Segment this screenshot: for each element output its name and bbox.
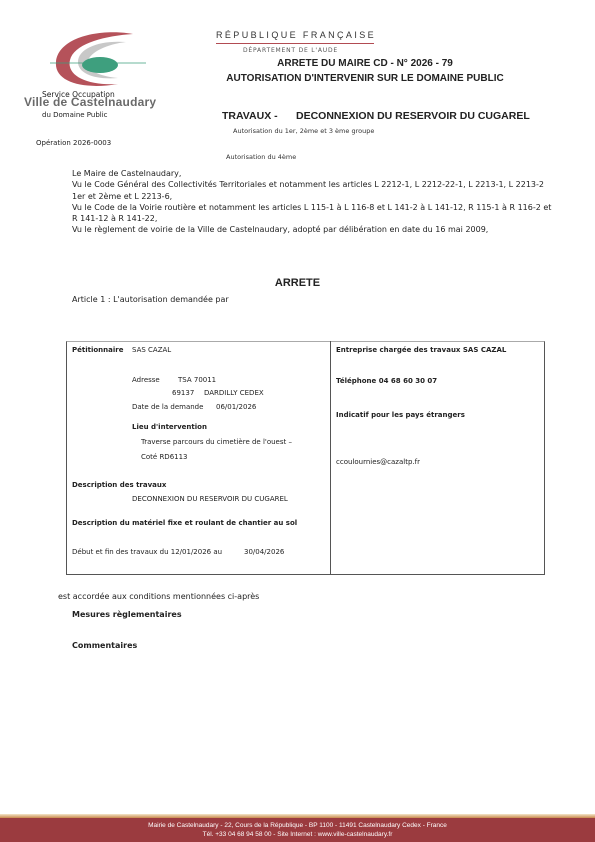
footer-address: Mairie de Castelnaudary - 22, Cours de l… bbox=[0, 821, 595, 830]
materiel-label: Description du matériel fixe et roulant … bbox=[72, 519, 297, 527]
preamble-line: Vu le règlement de voirie de la Ville de… bbox=[72, 224, 552, 235]
fin-value: 30/04/2026 bbox=[244, 548, 284, 556]
email: ccoulournies@cazaltp.fr bbox=[336, 458, 420, 466]
arrete-heading: ARRETE bbox=[0, 277, 595, 289]
desc-value: DECONNEXION DU RESERVOIR DU CUGAREL bbox=[132, 495, 288, 503]
preamble-line: Le Maire de Castelnaudary, bbox=[72, 168, 552, 179]
mesures-heading: Mesures règlementaires bbox=[72, 610, 182, 619]
accordee-text: est accordée aux conditions mentionnées … bbox=[58, 592, 259, 601]
adresse-cp: 69137 bbox=[172, 389, 194, 397]
lieu-line1: Traverse parcours du cimetière de l'oues… bbox=[141, 438, 292, 446]
arrete-number-title: ARRETE DU MAIRE CD - N° 2026 - 79 bbox=[200, 58, 530, 69]
republique-heading: RÉPUBLIQUE FRANÇAISE bbox=[216, 30, 376, 40]
entreprise: Entreprise chargée des travaux SAS CAZAL bbox=[336, 346, 506, 354]
service-name: Service Occupation bbox=[42, 90, 115, 99]
preamble: Le Maire de Castelnaudary, Vu le Code Gé… bbox=[72, 168, 552, 236]
autorisation-title: AUTORISATION D'INTERVENIR SUR LE DOMAINE… bbox=[200, 73, 530, 84]
auth-groups: Autorisation du 1er, 2ème et 3 ème group… bbox=[233, 127, 374, 135]
commentaires-heading: Commentaires bbox=[72, 641, 137, 650]
lieu-line2: Coté RD6113 bbox=[141, 453, 188, 461]
date-value: 06/01/2026 bbox=[216, 403, 256, 411]
header-rule bbox=[216, 43, 374, 44]
auth-4: Autorisation du 4ème bbox=[226, 153, 296, 161]
petitionnaire-value: SAS CAZAL bbox=[132, 346, 171, 354]
castelnaudary-logo-icon bbox=[38, 30, 148, 90]
adresse-label: Adresse bbox=[132, 376, 160, 384]
adresse-city: DARDILLY CEDEX bbox=[204, 389, 264, 397]
travaux-label: TRAVAUX - bbox=[222, 110, 278, 122]
departement-heading: DÉPARTEMENT DE L'AUDE bbox=[243, 47, 338, 54]
preamble-line: Vu le Code Général des Collectivités Ter… bbox=[72, 179, 552, 202]
desc-label: Description des travaux bbox=[72, 481, 166, 489]
box-divider bbox=[330, 341, 331, 575]
service-name-line2: du Domaine Public bbox=[42, 111, 108, 119]
date-label: Date de la demande bbox=[132, 403, 203, 411]
footer: Mairie de Castelnaudary - 22, Cours de l… bbox=[0, 818, 595, 842]
petitionnaire-label: Pétitionnaire bbox=[72, 346, 123, 354]
footer-contact: Tél. +33 04 68 94 58 00 - Site Internet … bbox=[0, 830, 595, 839]
operation-number: Opération 2026-0003 bbox=[36, 139, 111, 147]
travaux-value: DECONNEXION DU RESERVOIR DU CUGAREL bbox=[296, 110, 530, 122]
preamble-line: Vu le Code de la Voirie routière et nota… bbox=[72, 202, 552, 225]
debut-fin-label: Début et fin des travaux du 12/01/2026 a… bbox=[72, 548, 222, 556]
article-1: Article 1 : L'autorisation demandée par bbox=[72, 295, 229, 304]
telephone: Téléphone 04 68 60 30 07 bbox=[336, 377, 437, 385]
indicatif-label: Indicatif pour les pays étrangers bbox=[336, 411, 465, 419]
adresse-line1: TSA 70011 bbox=[178, 376, 216, 384]
lieu-label: Lieu d'intervention bbox=[132, 423, 207, 431]
